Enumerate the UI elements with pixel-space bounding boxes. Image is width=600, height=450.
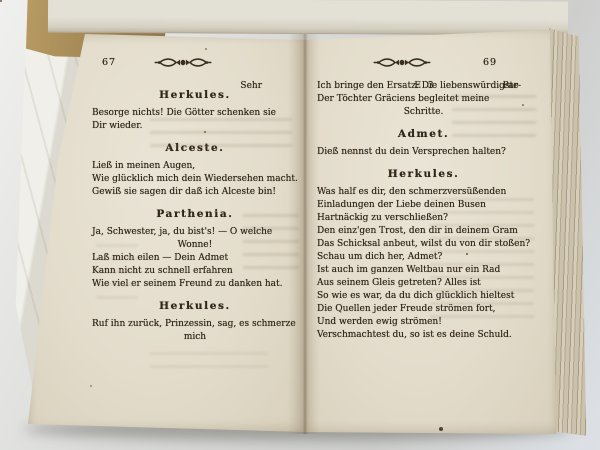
- text-line: Das Schicksal anbeut, wilst du von dir s…: [317, 238, 530, 251]
- text-line: Der Töchter Gräciens begleitet meine: [317, 93, 530, 106]
- left-page-text: Herkules.Besorge nichts! Die Götter sche…: [92, 80, 298, 344]
- page-number-right: 69: [483, 56, 497, 69]
- text-line: mich: [92, 331, 298, 344]
- text-line: Wonne!: [92, 239, 298, 252]
- text-line: Herkules.: [92, 300, 298, 313]
- text-line: Besorge nichts! Die Götter schenken sie: [92, 107, 298, 120]
- headpiece-ornament-icon: [154, 56, 212, 69]
- catchword: Par-: [503, 80, 521, 93]
- right-page: 69 Ich bringe den Ersatz: Die liebenswür…: [305, 28, 557, 436]
- left-page-header: 67: [92, 54, 306, 70]
- text-line: Dieß nennst du dein Versprechen halten?: [317, 146, 530, 159]
- text-line: Schau um dich her, Admet?: [317, 251, 530, 264]
- text-line: Gewiß sie sagen dir daß ich Alceste bin!: [92, 186, 298, 199]
- text-line: Die Quellen jeder Freude strömen fort,: [317, 303, 530, 316]
- left-page-content: 67 He: [92, 54, 306, 94]
- text-line: Aus seinem Gleis getreten? Alles ist: [317, 277, 530, 290]
- right-page-header: 69: [317, 54, 533, 70]
- text-line: Wie glücklich mich dein Wiedersehen mach…: [92, 173, 298, 186]
- text-line: Schritte.: [317, 106, 530, 119]
- text-line: Und werden ewig strömen!: [317, 316, 530, 329]
- text-line: Ja, Schwester, ja, du bist's! — O welche: [92, 226, 298, 239]
- right-page-footer: E 3 Par-: [317, 80, 533, 94]
- text-line: Ist auch im ganzen Weltbau nur ein Rad: [317, 264, 530, 277]
- right-page-text: Ich bringe den Ersatz: Die liebenswürdig…: [317, 80, 530, 342]
- text-line: Kann nicht zu schnell erfahren: [92, 265, 298, 278]
- page-number-left: 67: [102, 56, 116, 69]
- right-page-content: 69 Ich bringe den Ersatz: Die liebenswür…: [317, 54, 533, 94]
- text-line: Verschmachtest du, so ist es deine Schul…: [317, 329, 530, 342]
- headpiece-ornament-icon: [373, 56, 431, 69]
- text-line: Parthenia.: [92, 208, 298, 221]
- text-line: Alceste.: [92, 142, 298, 155]
- signature-mark: E 3: [414, 80, 435, 93]
- text-line: Ruf ihn zurück, Prinzessin, sag, es schm…: [92, 318, 298, 331]
- text-line: Hartnäckig zu verschließen?: [317, 212, 530, 225]
- catchword: Sehr: [240, 80, 262, 93]
- text-line: So wie es war, da du dich glücklich hiel…: [317, 290, 530, 303]
- text-line: Herkules.: [317, 168, 530, 181]
- text-line: Einladungen der Liebe deinen Busen: [317, 199, 530, 212]
- text-line: Laß mich eilen — Dein Admet: [92, 252, 298, 265]
- text-line: Was half es dir, den schmerzversüßenden: [317, 186, 530, 199]
- text-line: Wie viel er seinem Freund zu danken hat.: [92, 278, 298, 291]
- text-line: Dir wieder.: [92, 120, 298, 133]
- text-line: Ließ in meinen Augen,: [92, 160, 298, 173]
- paper-specks: [0, 0, 2, 2]
- top-page-edges: [48, 0, 568, 35]
- left-page-footer: Sehr: [92, 80, 306, 94]
- gutter-shadow: [288, 34, 320, 434]
- text-line: Den einz'gen Trost, den dir in deinem Gr…: [317, 225, 530, 238]
- book-photo: 67 He: [0, 0, 600, 450]
- text-line: Admet.: [317, 128, 530, 141]
